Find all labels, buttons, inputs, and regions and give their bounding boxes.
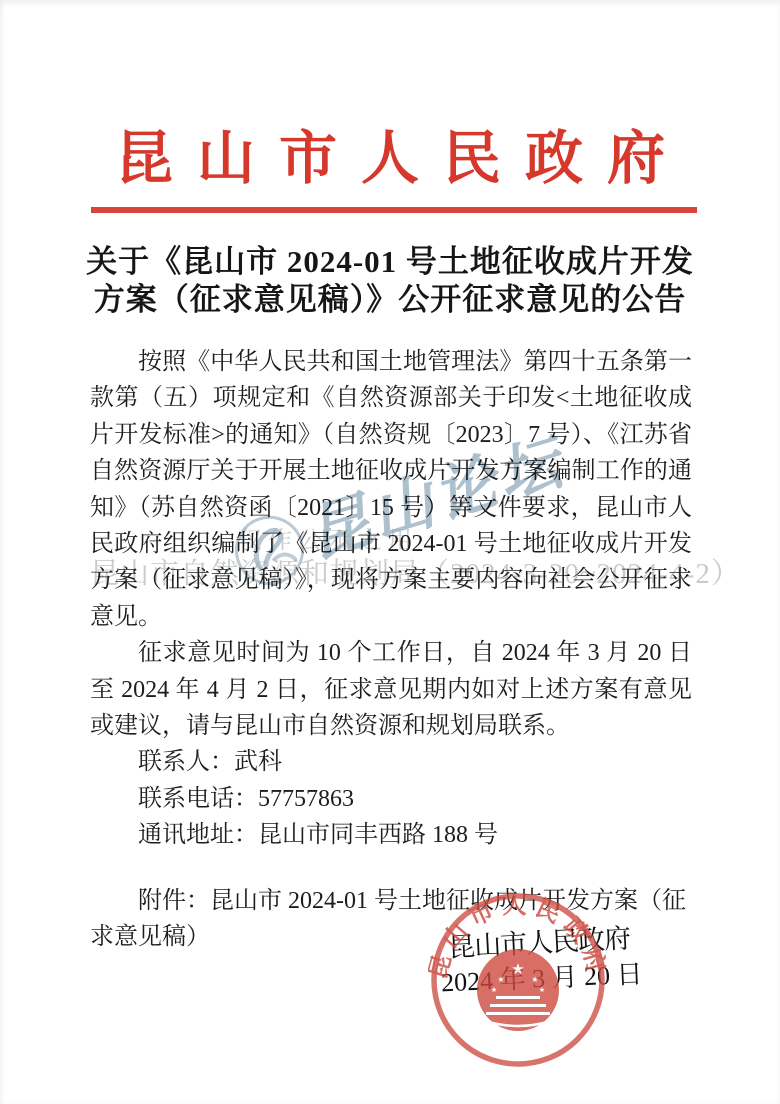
document-page: 昆山市人民政府 关于《昆山市 2024-01 号土地征收成片开发 方案（征求意见… bbox=[0, 0, 780, 1104]
document-title: 关于《昆山市 2024-01 号土地征收成片开发 方案（征求意见稿）》公开征求意… bbox=[50, 243, 730, 319]
document-title-line2: 方案（征求意见稿）》公开征求意见的公告 bbox=[94, 282, 687, 317]
contact-person-line: 联系人：武科 bbox=[90, 744, 692, 780]
paragraph-legal-basis: 按照《中华人民共和国土地管理法》第四十五条第一款第（五）项规定和《自然资源部关于… bbox=[90, 344, 692, 635]
contact-phone-line: 联系电话：57757863 bbox=[90, 781, 692, 817]
official-seal: 昆山市人民政府 ★ ★ ★ ★ ★ bbox=[428, 890, 608, 1070]
svg-text:★: ★ bbox=[491, 986, 497, 994]
svg-text:★: ★ bbox=[511, 962, 524, 978]
document-body: 按照《中华人民共和国土地管理法》第四十五条第一款第（五）项规定和《自然资源部关于… bbox=[90, 344, 692, 956]
document-title-line1: 关于《昆山市 2024-01 号土地征收成片开发 bbox=[86, 244, 694, 279]
letterhead-divider bbox=[91, 207, 697, 213]
government-letterhead-title: 昆山市人民政府 bbox=[0, 122, 780, 196]
svg-text:★: ★ bbox=[531, 975, 538, 984]
national-emblem-icon: ★ ★ ★ ★ ★ bbox=[477, 949, 559, 1031]
paragraph-comment-period: 征求意见时间为 10 个工作日，自 2024 年 3 月 20 日至 2024 … bbox=[90, 635, 692, 744]
svg-text:★: ★ bbox=[497, 975, 504, 984]
contact-address-line: 通讯地址：昆山市同丰西路 188 号 bbox=[90, 817, 692, 853]
svg-text:★: ★ bbox=[539, 986, 545, 994]
